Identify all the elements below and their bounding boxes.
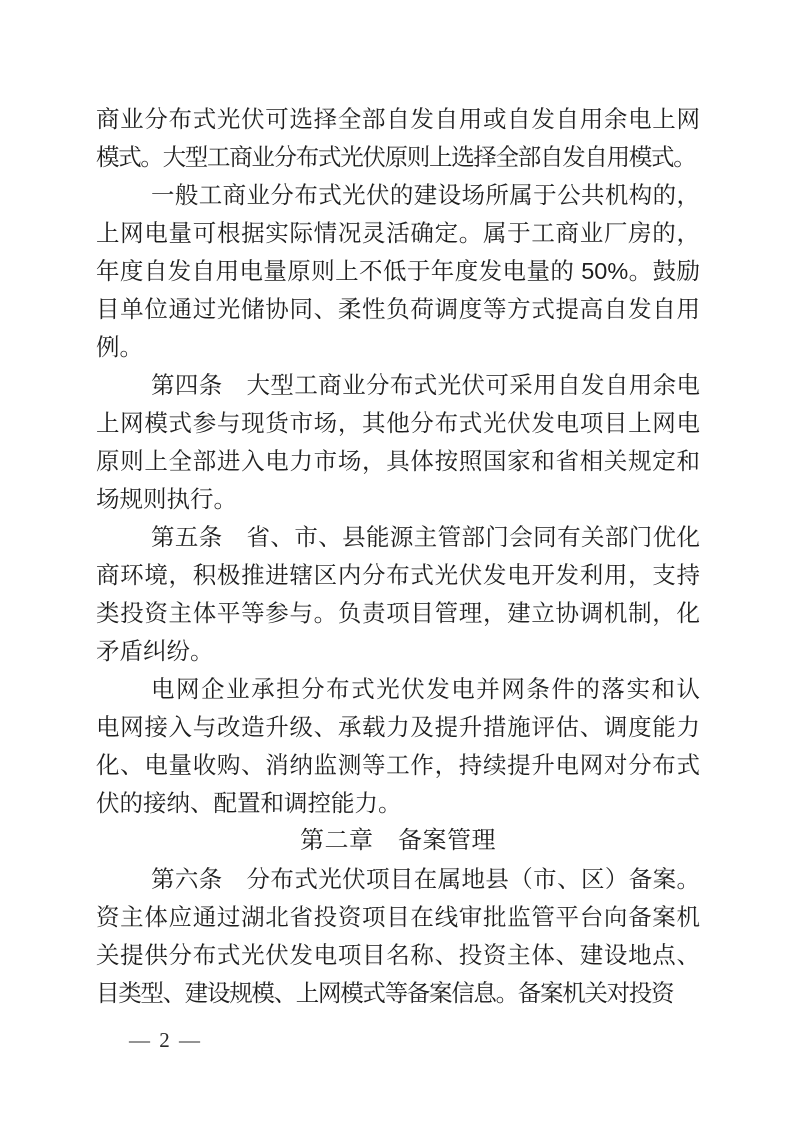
text-line: 目单位通过光储协同、柔性负荷调度等方式提高自发自用比	[96, 290, 700, 328]
document-page-body: 商业分布式光伏可选择全部自发自用或自发自用余电上网 模式。大型工商业分布式光伏原…	[96, 100, 700, 1012]
text-line: 原则上全部进入电力市场，具体按照国家和省相关规定和市	[96, 442, 700, 480]
text-line: 商环境，积极推进辖区内分布式光伏发电开发利用，支持各	[96, 556, 700, 594]
text-line: 类投资主体平等参与。负责项目管理，建立协调机制，化解	[96, 594, 700, 632]
chapter-heading: 第二章 备案管理	[96, 822, 700, 860]
text-line: 化、电量收购、消纳监测等工作，持续提升电网对分布式光	[96, 746, 700, 784]
page-number: — 2 —	[129, 1026, 202, 1054]
paragraph: 一般工商业分布式光伏的建设场所属于公共机构的，其 上网电量可根据实际情况灵活确定…	[96, 176, 700, 366]
paragraph-article-6: 第六条 分布式光伏项目在属地县（市、区）备案。投 资主体应通过湖北省投资项目在线…	[96, 860, 700, 1012]
text-line: 矛盾纠纷。	[96, 632, 700, 670]
text-line: 电网企业承担分布式光伏发电并网条件的落实和认定、	[96, 670, 700, 708]
text-line: 上网模式参与现货市场，其他分布式光伏发电项目上网电量	[96, 404, 700, 442]
text-line: 年度自发自用电量原则上不低于年度发电量的 50%。鼓励项	[96, 252, 700, 290]
paragraph-article-4: 第四条 大型工商业分布式光伏可采用自发自用余电 上网模式参与现货市场，其他分布式…	[96, 366, 700, 518]
text-line: 伏的接纳、配置和调控能力。	[96, 784, 700, 822]
paragraph-article-5: 第五条 省、市、县能源主管部门会同有关部门优化营 商环境，积极推进辖区内分布式光…	[96, 518, 700, 670]
text-line: 商业分布式光伏可选择全部自发自用或自发自用余电上网	[96, 100, 700, 138]
paragraph: 电网企业承担分布式光伏发电并网条件的落实和认定、 电网接入与改造升级、承载力及提…	[96, 670, 700, 822]
text-line: 第四条 大型工商业分布式光伏可采用自发自用余电	[96, 366, 700, 404]
paragraph: 商业分布式光伏可选择全部自发自用或自发自用余电上网 模式。大型工商业分布式光伏原…	[96, 100, 700, 176]
text-line: 资主体应通过湖北省投资项目在线审批监管平台向备案机	[96, 898, 700, 936]
text-line: 第五条 省、市、县能源主管部门会同有关部门优化营	[96, 518, 700, 556]
chapter-title: 第二章 备案管理	[96, 822, 700, 860]
text-line: 上网电量可根据实际情况灵活确定。属于工商业厂房的，其	[96, 214, 700, 252]
text-line: 第六条 分布式光伏项目在属地县（市、区）备案。投	[96, 860, 700, 898]
text-line: 电网接入与改造升级、承载力及提升措施评估、调度能力优	[96, 708, 700, 746]
text-line: 目类型、建设规模、上网模式等备案信息。备案机关对投资	[96, 974, 700, 1012]
text-line: 例。	[96, 328, 700, 366]
text-line: 场规则执行。	[96, 480, 700, 518]
text-line: 关提供分布式光伏发电项目名称、投资主体、建设地点、项	[96, 936, 700, 974]
text-line: 模式。大型工商业分布式光伏原则上选择全部自发自用模式。	[96, 138, 700, 176]
text-line: 一般工商业分布式光伏的建设场所属于公共机构的，其	[96, 176, 700, 214]
